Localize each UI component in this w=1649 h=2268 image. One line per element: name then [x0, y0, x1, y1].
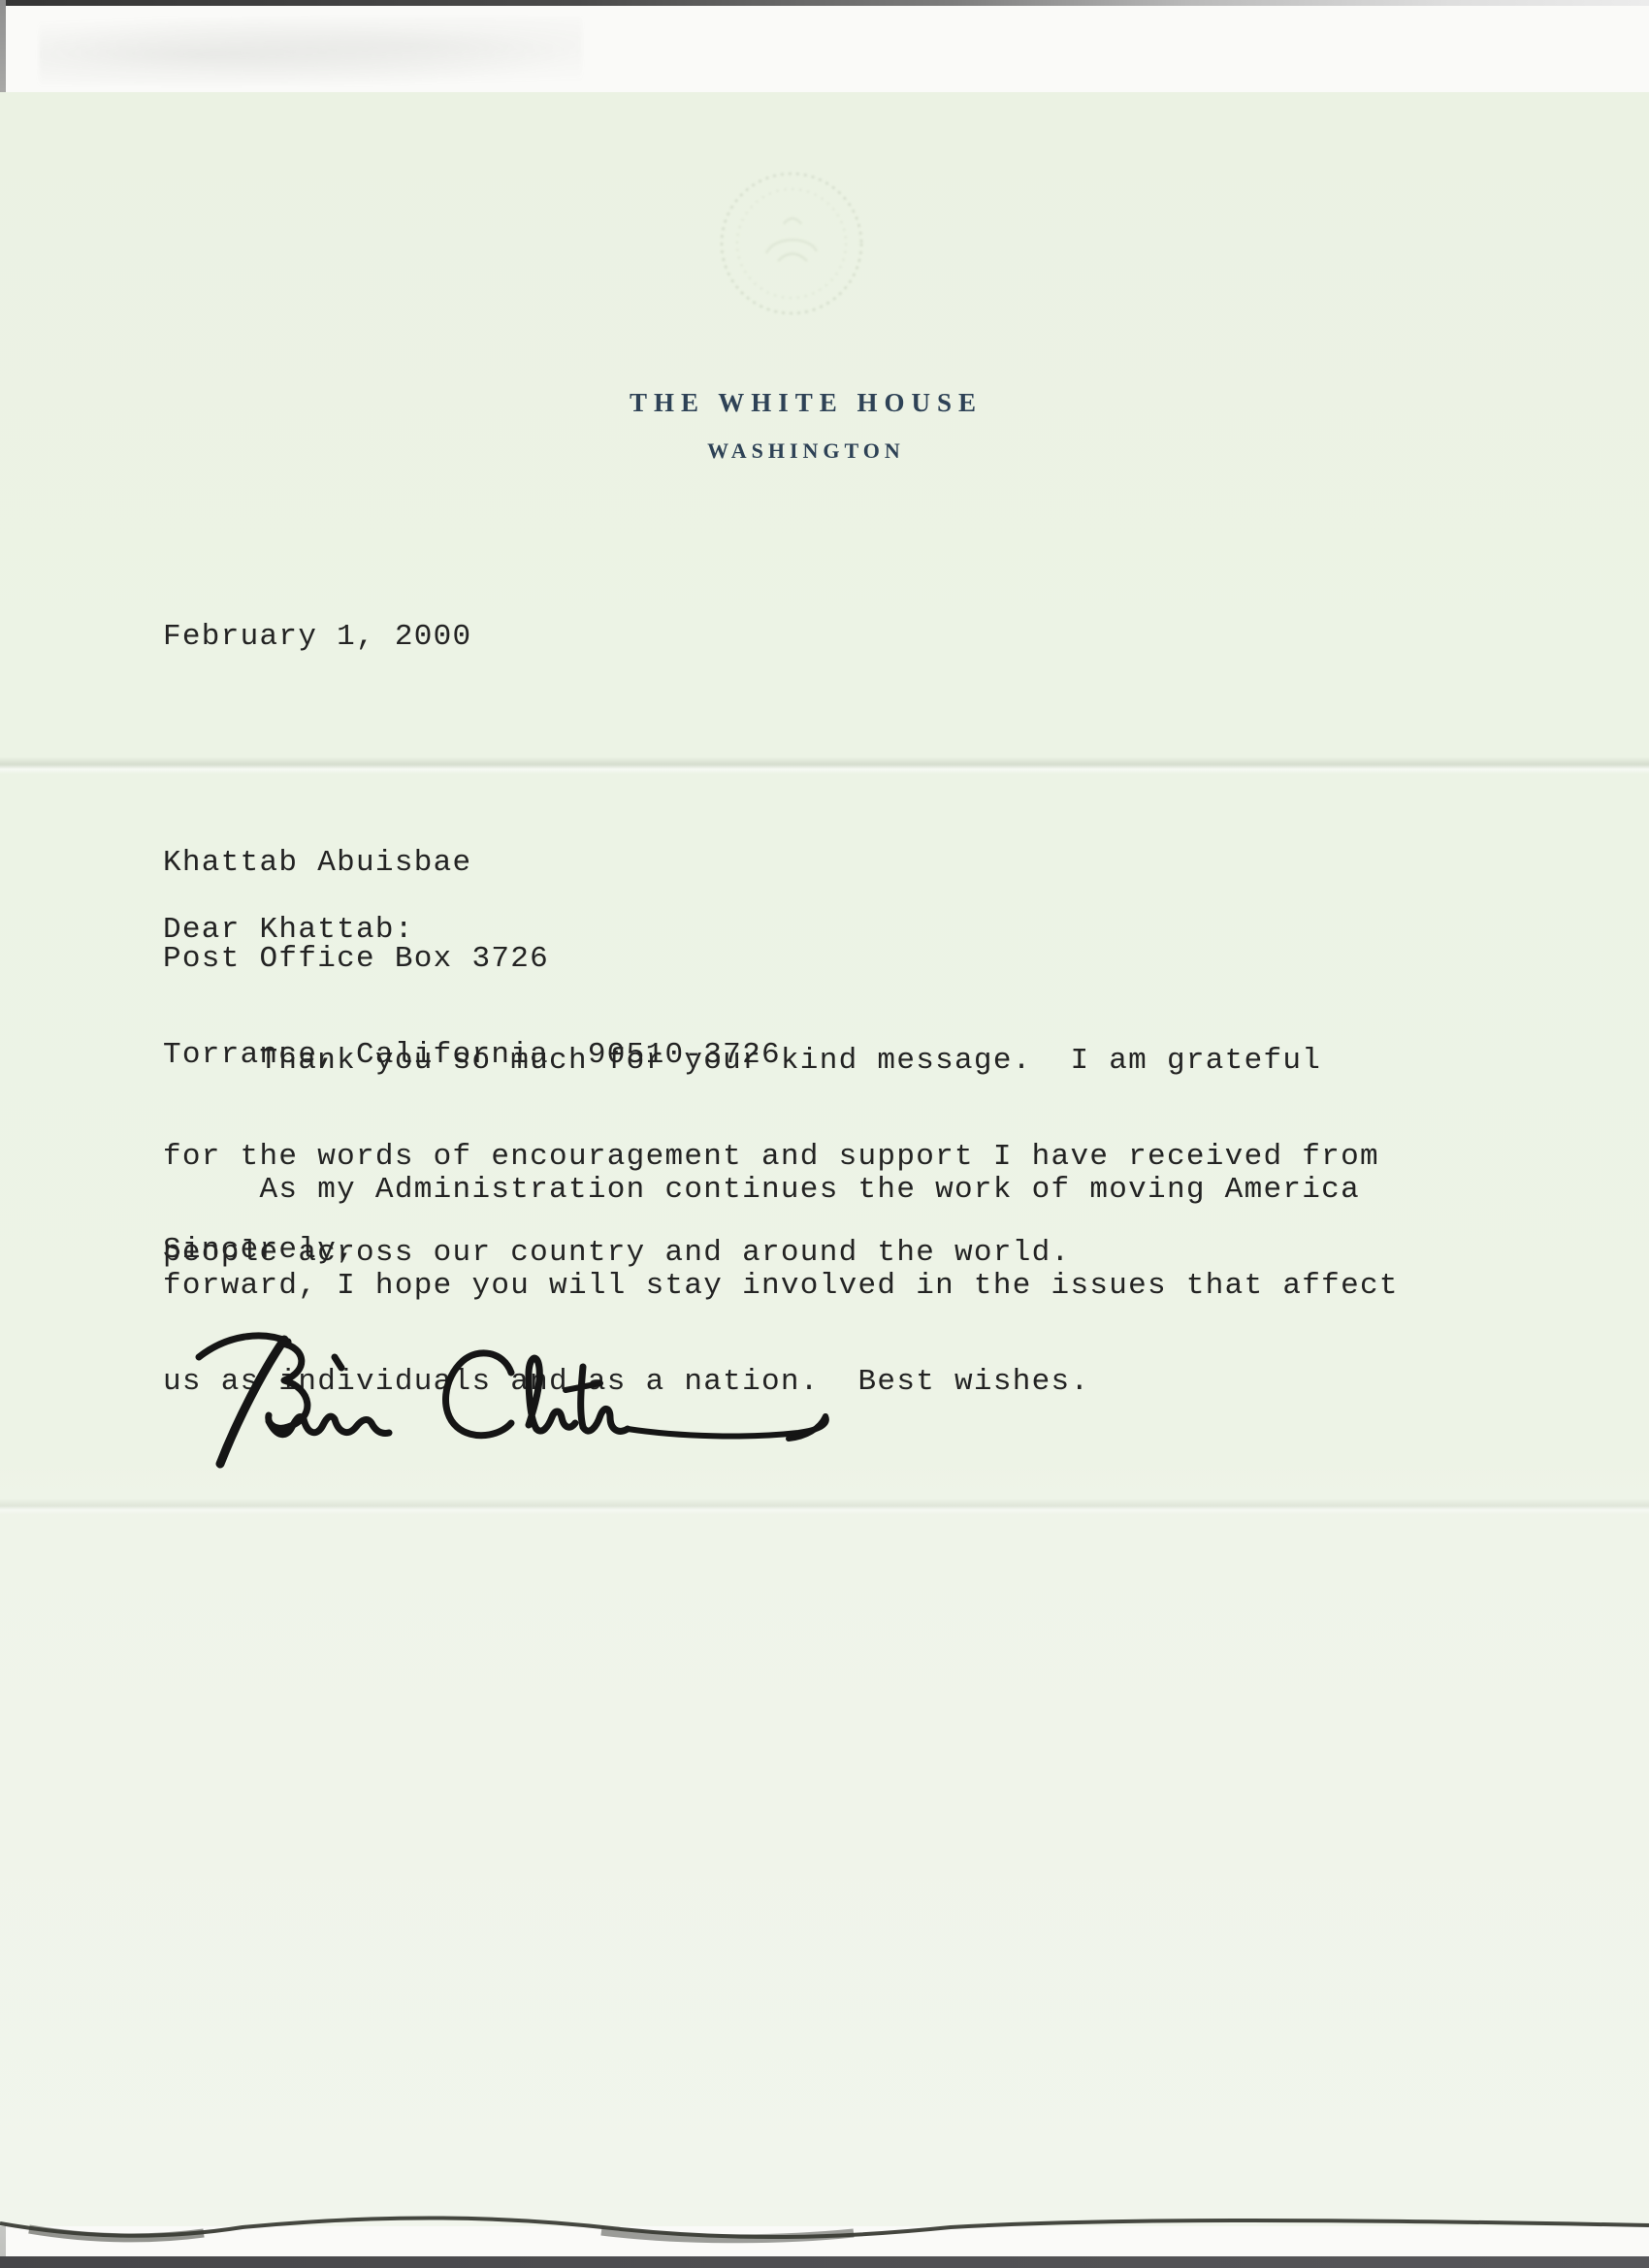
signature-name: Bill Clinton	[0, 92, 1, 93]
recipient-po-box: Post Office Box 3726	[163, 943, 781, 975]
letter-date: February 1, 2000	[163, 621, 471, 653]
closing: Sincerely,	[163, 1234, 356, 1266]
letterhead-title: THE WHITE HOUSE	[0, 388, 1612, 418]
recipient-name: Khattab Abuisbae	[163, 847, 781, 879]
scanned-letter: THE WHITE HOUSE WASHINGTON February 1, 2…	[0, 0, 1649, 2268]
para2-line1: As my Administration continues the work …	[163, 1174, 1399, 1206]
fold-crease-top	[0, 757, 1649, 774]
scan-smudge	[39, 17, 582, 85]
para2-line2: forward, I hope you will stay involved i…	[163, 1270, 1399, 1302]
fold-crease-bottom	[0, 1499, 1649, 1514]
salutation: Dear Khattab:	[163, 914, 414, 946]
para1-line1: Thank you so much for your kind message.…	[163, 1045, 1379, 1077]
letter-page: THE WHITE HOUSE WASHINGTON February 1, 2…	[0, 92, 1649, 2226]
scan-top-edge	[0, 0, 1649, 6]
page-bottom-edge	[0, 2210, 1649, 2252]
presidential-seal-emboss-icon	[716, 168, 867, 319]
letterhead-subtitle: WASHINGTON	[0, 438, 1612, 464]
scan-bottom-band	[0, 2256, 1649, 2268]
bill-clinton-signature	[189, 1307, 868, 1477]
